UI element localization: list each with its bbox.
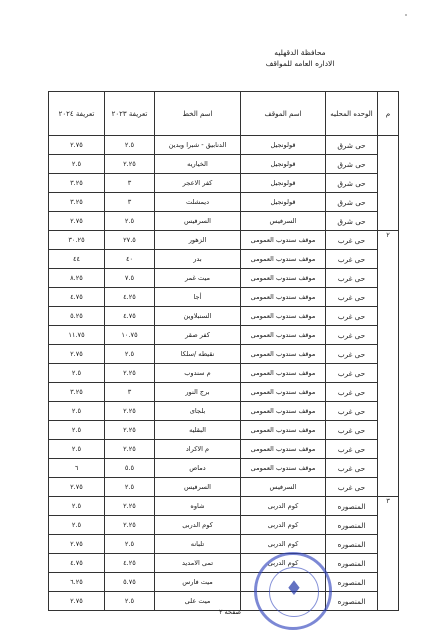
cell-local-unit: المنصوره [326,592,378,611]
cell-station-name: السرفيس [241,478,326,497]
cell-station-name: موقف سندوب العمومى [241,231,326,250]
cell-fare-2024: ٦ [49,459,105,478]
cell-local-unit: حى غرب [326,440,378,459]
cell-line-name: البقليه [155,421,241,440]
cell-local-unit: حى غرب [326,307,378,326]
cell-fare-2023: ٢.٥ [105,592,155,611]
cell-fare-2023: ٢.٢٥ [105,364,155,383]
cell-fare-2023: ٢.٢٥ [105,402,155,421]
scan-speck [405,14,407,16]
cell-fare-2023: ٢.٥ [105,136,155,155]
cell-station-name: موقف سندوب العمومى [241,364,326,383]
cell-line-name: ميت فارس [155,573,241,592]
cell-station-name: كوم الدربى [241,497,326,516]
cell-local-unit: حى غرب [326,383,378,402]
cell-fare-2024: ٢.٧٥ [49,136,105,155]
cell-station-name: موقف سندوب العمومى [241,421,326,440]
cell-line-name: الخياريه [155,155,241,174]
cell-fare-2024: ٥.٢٥ [49,307,105,326]
cell-fare-2023: ١٠.٧٥ [105,326,155,345]
cell-line-name: م سندوب [155,364,241,383]
cell-fare-2024: ٢.٥ [49,364,105,383]
cell-line-name: تلبانه [155,535,241,554]
cell-line-name: أجا [155,288,241,307]
table-row: المنصورهكوم الدربىتلبانه٢.٥٢.٧٥ [49,535,399,554]
cell-fare-2024: ٢.٥ [49,402,105,421]
table-row: ٣المنصورهكوم الدربىشاوه٢.٢٥٢.٥ [49,497,399,516]
table-row: حى شرقالسرفيسالسرفيس٢.٥٢.٧٥ [49,212,399,231]
cell-fare-2024: ٢.٥ [49,440,105,459]
table-row: حى شرققولونجيلديمشلت٣٣.٢٥ [49,193,399,212]
cell-local-unit: المنصوره [326,516,378,535]
cell-station-name: كوم الدربى [241,535,326,554]
table-row: حى غربموقف سندوب العمومىكفر صقر١٠.٧٥١١.٧… [49,326,399,345]
cell-fare-2023: ٣ [105,193,155,212]
table-row: حى شرققولونجيلالخياريه٢.٢٥٢.٥ [49,155,399,174]
col-header-fare-2024: تعريفة ٢٠٢٤ [49,92,105,136]
cell-fare-2023: ٤.٧٥ [105,307,155,326]
cell-station-name: موقف سندوب العمومى [241,345,326,364]
cell-local-unit: حى غرب [326,231,378,250]
cell-line-name: برج النور [155,383,241,402]
cell-station-name: السرفيس [241,212,326,231]
cell-local-unit: حى غرب [326,364,378,383]
cell-fare-2024: ٢.٧٥ [49,535,105,554]
cell-station-name: قولونجيل [241,193,326,212]
cell-fare-2024: ٢.٧٥ [49,345,105,364]
cell-local-unit: المنصوره [326,554,378,573]
cell-station-name: موقف سندوب العمومى [241,269,326,288]
document-header: محافظة الدقهليه الاداره العامه للمواقف [250,47,350,69]
table-row: حى غربموقف سندوب العمومىأجا٤.٢٥٤.٧٥ [49,288,399,307]
page-number: صفحة ٢ [195,608,265,616]
cell-fare-2023: ٥.٥ [105,459,155,478]
cell-fare-2023: ٢.٥ [105,345,155,364]
cell-fare-2023: ٢.٢٥ [105,497,155,516]
table-row: حى غربموقف سندوب العمومىم سندوب٢.٢٥٢.٥ [49,364,399,383]
cell-local-unit: حى غرب [326,326,378,345]
table-header-row: م الوحده المحليه اسم الموقف اسم الخط تعر… [49,92,399,136]
table-row: المنصورهكوم الدربىتمى الامديد٤.٢٥٤.٧٥ [49,554,399,573]
cell-local-unit: حى شرق [326,193,378,212]
cell-fare-2024: ٨.٢٥ [49,269,105,288]
cell-local-unit: حى غرب [326,459,378,478]
cell-fare-2024: ٣.٢٥ [49,193,105,212]
table-row: حى غربموقف سندوب العمومىنقيطه /سلكا٢.٥٢.… [49,345,399,364]
cell-local-unit: حى شرق [326,212,378,231]
cell-station-name: موقف سندوب العمومى [241,459,326,478]
cell-line-name: السرفيس [155,478,241,497]
cell-local-unit: حى شرق [326,174,378,193]
table-row: حى غربموقف سندوب العمومىالبقليه٢.٢٥٢.٥ [49,421,399,440]
cell-station-name: موقف سندوب العمومى [241,383,326,402]
group-number: ٣ [378,497,399,611]
cell-station-name: قولونجيل [241,155,326,174]
cell-fare-2023: ٤٠ [105,250,155,269]
cell-station-name: موقف سندوب العمومى [241,307,326,326]
cell-local-unit: المنصوره [326,535,378,554]
cell-fare-2024: ٢.٥ [49,421,105,440]
cell-station-name: موقف سندوب العمومى [241,440,326,459]
cell-local-unit: حى غرب [326,345,378,364]
cell-fare-2023: ٢.٥ [105,535,155,554]
cell-fare-2024: ٢.٧٥ [49,592,105,611]
governorate-title: محافظة الدقهليه [250,47,350,58]
table-row: المنصورهكوم الدربىكوم الدربى٢.٢٥٢.٥ [49,516,399,535]
cell-line-name: شاوه [155,497,241,516]
cell-line-name: دماص [155,459,241,478]
cell-station-name: موقف سندوب العمومى [241,326,326,345]
cell-local-unit: حى شرق [326,136,378,155]
cell-station-name: كوم الدربى [241,554,326,573]
cell-station-name: قولونجيل [241,136,326,155]
cell-line-name: تمى الامديد [155,554,241,573]
cell-fare-2024: ٢.٥ [49,497,105,516]
cell-line-name: كوم الدربى [155,516,241,535]
cell-local-unit: حى غرب [326,421,378,440]
cell-fare-2023: ٥.٧٥ [105,573,155,592]
col-header-unit: الوحده المحليه [326,92,378,136]
cell-local-unit: حى غرب [326,269,378,288]
cell-station-name [241,573,326,592]
cell-fare-2024: ٢.٥ [49,155,105,174]
col-header-line: اسم الخط [155,92,241,136]
cell-line-name: م الاكراد [155,440,241,459]
table-row: حى غربموقف سندوب العمومىبلجاى٢.٢٥٢.٥ [49,402,399,421]
table-row: حى غربموقف سندوب العمومىالسنبلاوين٤.٧٥٥.… [49,307,399,326]
cell-local-unit: حى شرق [326,155,378,174]
cell-fare-2023: ٢.٥ [105,478,155,497]
cell-station-name: موقف سندوب العمومى [241,288,326,307]
table-row: حى غربموقف سندوب العمومىدماص٥.٥٦ [49,459,399,478]
table-row: حى غربموقف سندوب العمومىم الاكراد٢.٢٥٢.٥ [49,440,399,459]
cell-fare-2023: ٣ [105,383,155,402]
col-header-station: اسم الموقف [241,92,326,136]
cell-fare-2023: ٤.٢٥ [105,554,155,573]
cell-line-name: بلجاى [155,402,241,421]
cell-station-name: قولونجيل [241,174,326,193]
fares-table: م الوحده المحليه اسم الموقف اسم الخط تعر… [48,91,399,611]
cell-line-name: كفر الاعجر [155,174,241,193]
cell-fare-2024: ٣.٢٥ [49,174,105,193]
cell-line-name: السنبلاوين [155,307,241,326]
cell-fare-2024: ٦.٢٥ [49,573,105,592]
table-row: المنصورهميت فارس٥.٧٥٦.٢٥ [49,573,399,592]
cell-local-unit: حى غرب [326,288,378,307]
cell-fare-2024: ٤.٧٥ [49,288,105,307]
department-title: الاداره العامه للمواقف [250,58,350,69]
table-row: حى غربموقف سندوب العمومىميت غمر٧.٥٨.٢٥ [49,269,399,288]
table-row: حى شرققولونجيلكفر الاعجر٣٣.٢٥ [49,174,399,193]
cell-fare-2024: ٣٠.٢٥ [49,231,105,250]
col-header-num: م [378,92,399,136]
cell-fare-2024: ٣.٢٥ [49,383,105,402]
col-header-fare-2023: تعريفة ٢٠٢٣ [105,92,155,136]
cell-fare-2023: ٣ [105,174,155,193]
cell-fare-2023: ٢.٢٥ [105,440,155,459]
cell-line-name: الدنابيق - شبرا وبدين [155,136,241,155]
cell-line-name: ديمشلت [155,193,241,212]
cell-local-unit: المنصوره [326,573,378,592]
table-row: حى غربموقف سندوب العمومىبدر٤٠٤٤ [49,250,399,269]
cell-line-name: ميت غمر [155,269,241,288]
cell-fare-2024: ٢.٧٥ [49,212,105,231]
cell-fare-2024: ١١.٧٥ [49,326,105,345]
table-row: حى غربالسرفيسالسرفيس٢.٥٢.٧٥ [49,478,399,497]
cell-station-name: موقف سندوب العمومى [241,402,326,421]
cell-station-name: كوم الدربى [241,516,326,535]
cell-line-name: بدر [155,250,241,269]
cell-line-name: كفر صقر [155,326,241,345]
cell-fare-2023: ٢.٥ [105,212,155,231]
cell-station-name: موقف سندوب العمومى [241,250,326,269]
cell-fare-2023: ٧.٥ [105,269,155,288]
cell-fare-2023: ٢.٢٥ [105,155,155,174]
cell-local-unit: حى غرب [326,478,378,497]
cell-fare-2023: ٤.٢٥ [105,288,155,307]
cell-fare-2023: ٢.٢٥ [105,421,155,440]
cell-local-unit: حى غرب [326,402,378,421]
table-row: ٢حى غربموقف سندوب العمومىالزهور٢٧.٥٣٠.٢٥ [49,231,399,250]
cell-line-name: الزهور [155,231,241,250]
cell-line-name: نقيطه /سلكا [155,345,241,364]
cell-fare-2024: ٤٤ [49,250,105,269]
group-number: ٢ [378,231,399,497]
cell-local-unit: المنصوره [326,497,378,516]
cell-fare-2023: ٢٧.٥ [105,231,155,250]
table-row: حى شرققولونجيلالدنابيق - شبرا وبدين٢.٥٢.… [49,136,399,155]
cell-line-name: السرفيس [155,212,241,231]
cell-local-unit: حى غرب [326,250,378,269]
cell-fare-2024: ٢.٧٥ [49,478,105,497]
group-number [378,136,399,231]
cell-fare-2023: ٢.٢٥ [105,516,155,535]
cell-fare-2024: ٤.٧٥ [49,554,105,573]
cell-fare-2024: ٢.٥ [49,516,105,535]
table-row: حى غربموقف سندوب العمومىبرج النور٣٣.٢٥ [49,383,399,402]
